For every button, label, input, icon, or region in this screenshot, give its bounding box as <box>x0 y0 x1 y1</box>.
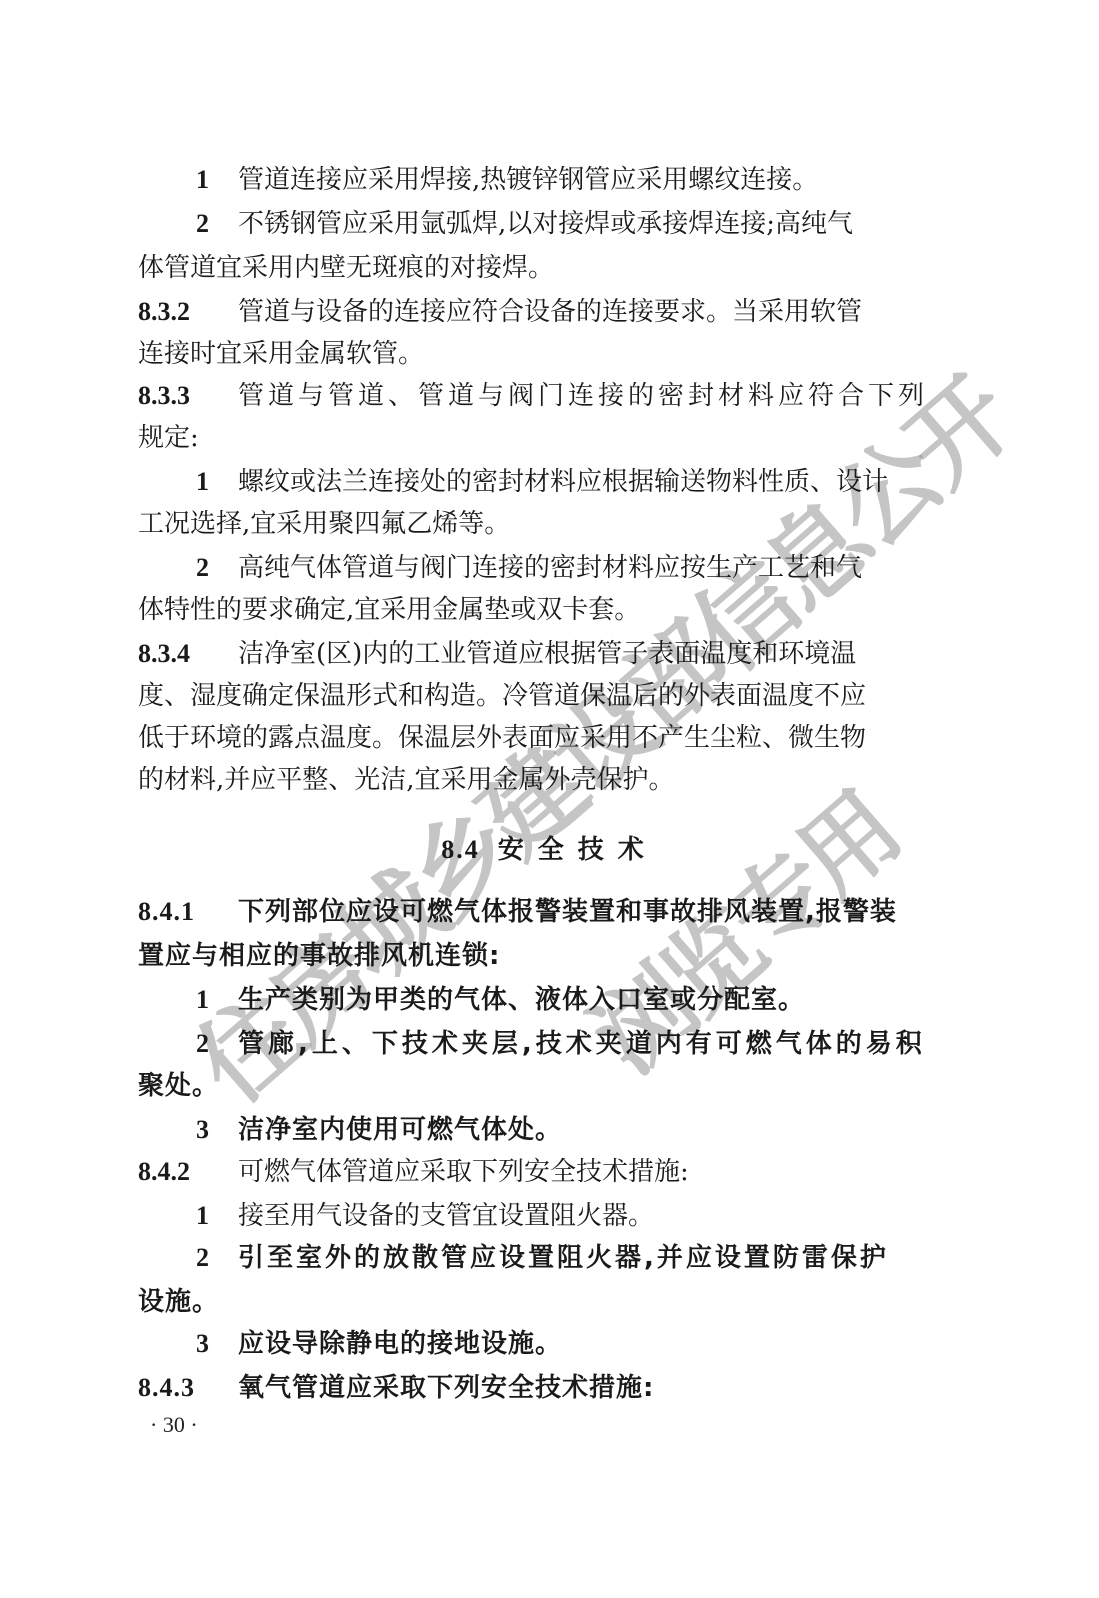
item-8-4-2-3: 3应设导除静电的接地设施。 <box>138 1324 938 1364</box>
item-text: 不锈钢管应采用氩弧焊,以对接焊或承接焊连接;高纯气 <box>238 209 853 239</box>
clause-number: 8.4.3 <box>138 1368 238 1408</box>
item-8-3-3-1: 1螺纹或法兰连接处的密封材料应根据输送物料性质、设计 <box>138 462 938 502</box>
clause-continuation: 度、湿度确定保温形式和构造。冷管道保温后的外表面温度不应 <box>138 676 938 716</box>
item-text: 高纯气体管道与阀门连接的密封材料应按生产工艺和气 <box>238 553 862 583</box>
item-8-4-1-3: 3洁净室内使用可燃气体处。 <box>138 1110 938 1150</box>
page-number: · 30 · <box>150 1412 198 1438</box>
item-text: 聚处。 <box>138 1071 219 1101</box>
clause-8-3-2: 8.3.2管道与设备的连接应符合设备的连接要求。当采用软管 <box>138 292 938 332</box>
item-number: 1 <box>196 1196 238 1236</box>
item-8-4-2-1: 1接至用气设备的支管宜设置阻火器。 <box>138 1196 938 1236</box>
clause-text: 度、湿度确定保温形式和构造。冷管道保温后的外表面温度不应 <box>138 681 866 711</box>
item-number: 1 <box>196 160 238 200</box>
item-8-4-2-2: 2引至室外的放散管应设置阻火器,并应设置防雷保护 <box>138 1238 938 1278</box>
clause-text: 洁净室(区)内的工业管道应根据管子表面温度和环境温 <box>238 639 856 669</box>
clause-number: 8.3.3 <box>138 376 238 416</box>
item-text: 体特性的要求确定,宜采用金属垫或双卡套。 <box>138 595 640 625</box>
document-page: 住房城乡建设部信息公开 浏览专用 1管道连接应采用焊接,热镀锌钢管应采用螺纹连接… <box>0 0 1099 1598</box>
item-continuation: 设施。 <box>138 1282 938 1322</box>
clause-text: 管道与设备的连接应符合设备的连接要求。当采用软管 <box>238 297 862 327</box>
item-number: 1 <box>196 980 238 1020</box>
clause-number: 8.4.2 <box>138 1152 238 1192</box>
clause-text: 规定: <box>138 423 199 453</box>
item-continuation: 体特性的要求确定,宜采用金属垫或双卡套。 <box>138 590 938 630</box>
item-number: 2 <box>196 1238 238 1278</box>
item-number: 2 <box>196 1024 238 1064</box>
clause-8-4-2: 8.4.2可燃气体管道应采取下列安全技术措施: <box>138 1152 938 1192</box>
item-number: 3 <box>196 1110 238 1150</box>
item-8-3-3-2: 2高纯气体管道与阀门连接的密封材料应按生产工艺和气 <box>138 548 938 588</box>
item-text: 设施。 <box>138 1287 219 1317</box>
item-text: 生产类别为甲类的气体、液体入口室或分配室。 <box>238 985 805 1015</box>
clause-text: 低于环境的露点温度。保温层外表面应采用不产生尘粒、微生物 <box>138 723 866 753</box>
item-text: 洁净室内使用可燃气体处。 <box>238 1115 562 1145</box>
item-8-3-1-2: 2不锈钢管应采用氩弧焊,以对接焊或承接焊连接;高纯气 <box>138 204 938 244</box>
item-text: 引至室外的放散管应设置阻火器,并应设置防雷保护 <box>238 1243 889 1273</box>
clause-8-4-1: 8.4.1下列部位应设可燃气体报警装置和事故排风装置,报警装 <box>138 892 938 932</box>
item-continuation: 体管道宜采用内壁无斑痕的对接焊。 <box>138 248 938 288</box>
clause-text: 连接时宜采用金属软管。 <box>138 339 424 369</box>
clause-8-3-3: 8.3.3管道与管道、管道与阀门连接的密封材料应符合下列 <box>138 376 938 416</box>
item-continuation: 工况选择,宜采用聚四氟乙烯等。 <box>138 504 938 544</box>
item-text: 螺纹或法兰连接处的密封材料应根据输送物料性质、设计 <box>238 467 888 497</box>
clause-continuation: 连接时宜采用金属软管。 <box>138 334 938 374</box>
section-heading: 8.4安全技术 <box>0 830 1099 870</box>
clause-continuation: 置应与相应的事故排风机连锁: <box>138 936 938 976</box>
item-8-4-1-1: 1生产类别为甲类的气体、液体入口室或分配室。 <box>138 980 938 1020</box>
section-title: 安全技术 <box>498 835 658 865</box>
item-text: 体管道宜采用内壁无斑痕的对接焊。 <box>138 253 554 283</box>
item-text: 接至用气设备的支管宜设置阻火器。 <box>238 1201 654 1231</box>
clause-text: 氧气管道应采取下列安全技术措施: <box>238 1373 654 1403</box>
item-continuation: 聚处。 <box>138 1066 938 1106</box>
clause-continuation: 的材料,并应平整、光洁,宜采用金属外壳保护。 <box>138 760 938 800</box>
item-number: 2 <box>196 204 238 244</box>
item-8-3-1-1: 1管道连接应采用焊接,热镀锌钢管应采用螺纹连接。 <box>138 160 938 200</box>
clause-8-4-3: 8.4.3氧气管道应采取下列安全技术措施: <box>138 1368 938 1408</box>
clause-text: 管道与管道、管道与阀门连接的密封材料应符合下列 <box>238 381 928 411</box>
item-number: 2 <box>196 548 238 588</box>
clause-8-3-4: 8.3.4洁净室(区)内的工业管道应根据管子表面温度和环境温 <box>138 634 938 674</box>
item-number: 3 <box>196 1324 238 1364</box>
clause-continuation: 规定: <box>138 418 938 458</box>
item-text: 应设导除静电的接地设施。 <box>238 1329 562 1359</box>
section-number: 8.4 <box>441 835 480 864</box>
clause-text: 下列部位应设可燃气体报警装置和事故排风装置,报警装 <box>238 897 897 927</box>
clause-text: 的材料,并应平整、光洁,宜采用金属外壳保护。 <box>138 765 675 795</box>
item-text: 管道连接应采用焊接,热镀锌钢管应采用螺纹连接。 <box>238 165 818 195</box>
clause-text: 置应与相应的事故排风机连锁: <box>138 941 500 971</box>
item-text: 管廊,上、下技术夹层,技术夹道内有可燃气体的易积 <box>238 1029 926 1059</box>
clause-number: 8.3.4 <box>138 634 238 674</box>
clause-continuation: 低于环境的露点温度。保温层外表面应采用不产生尘粒、微生物 <box>138 718 938 758</box>
item-number: 1 <box>196 462 238 502</box>
clause-number: 8.3.2 <box>138 292 238 332</box>
clause-number: 8.4.1 <box>138 892 238 932</box>
item-8-4-1-2: 2管廊,上、下技术夹层,技术夹道内有可燃气体的易积 <box>138 1024 938 1064</box>
clause-text: 可燃气体管道应采取下列安全技术措施: <box>238 1157 689 1187</box>
item-text: 工况选择,宜采用聚四氟乙烯等。 <box>138 509 510 539</box>
